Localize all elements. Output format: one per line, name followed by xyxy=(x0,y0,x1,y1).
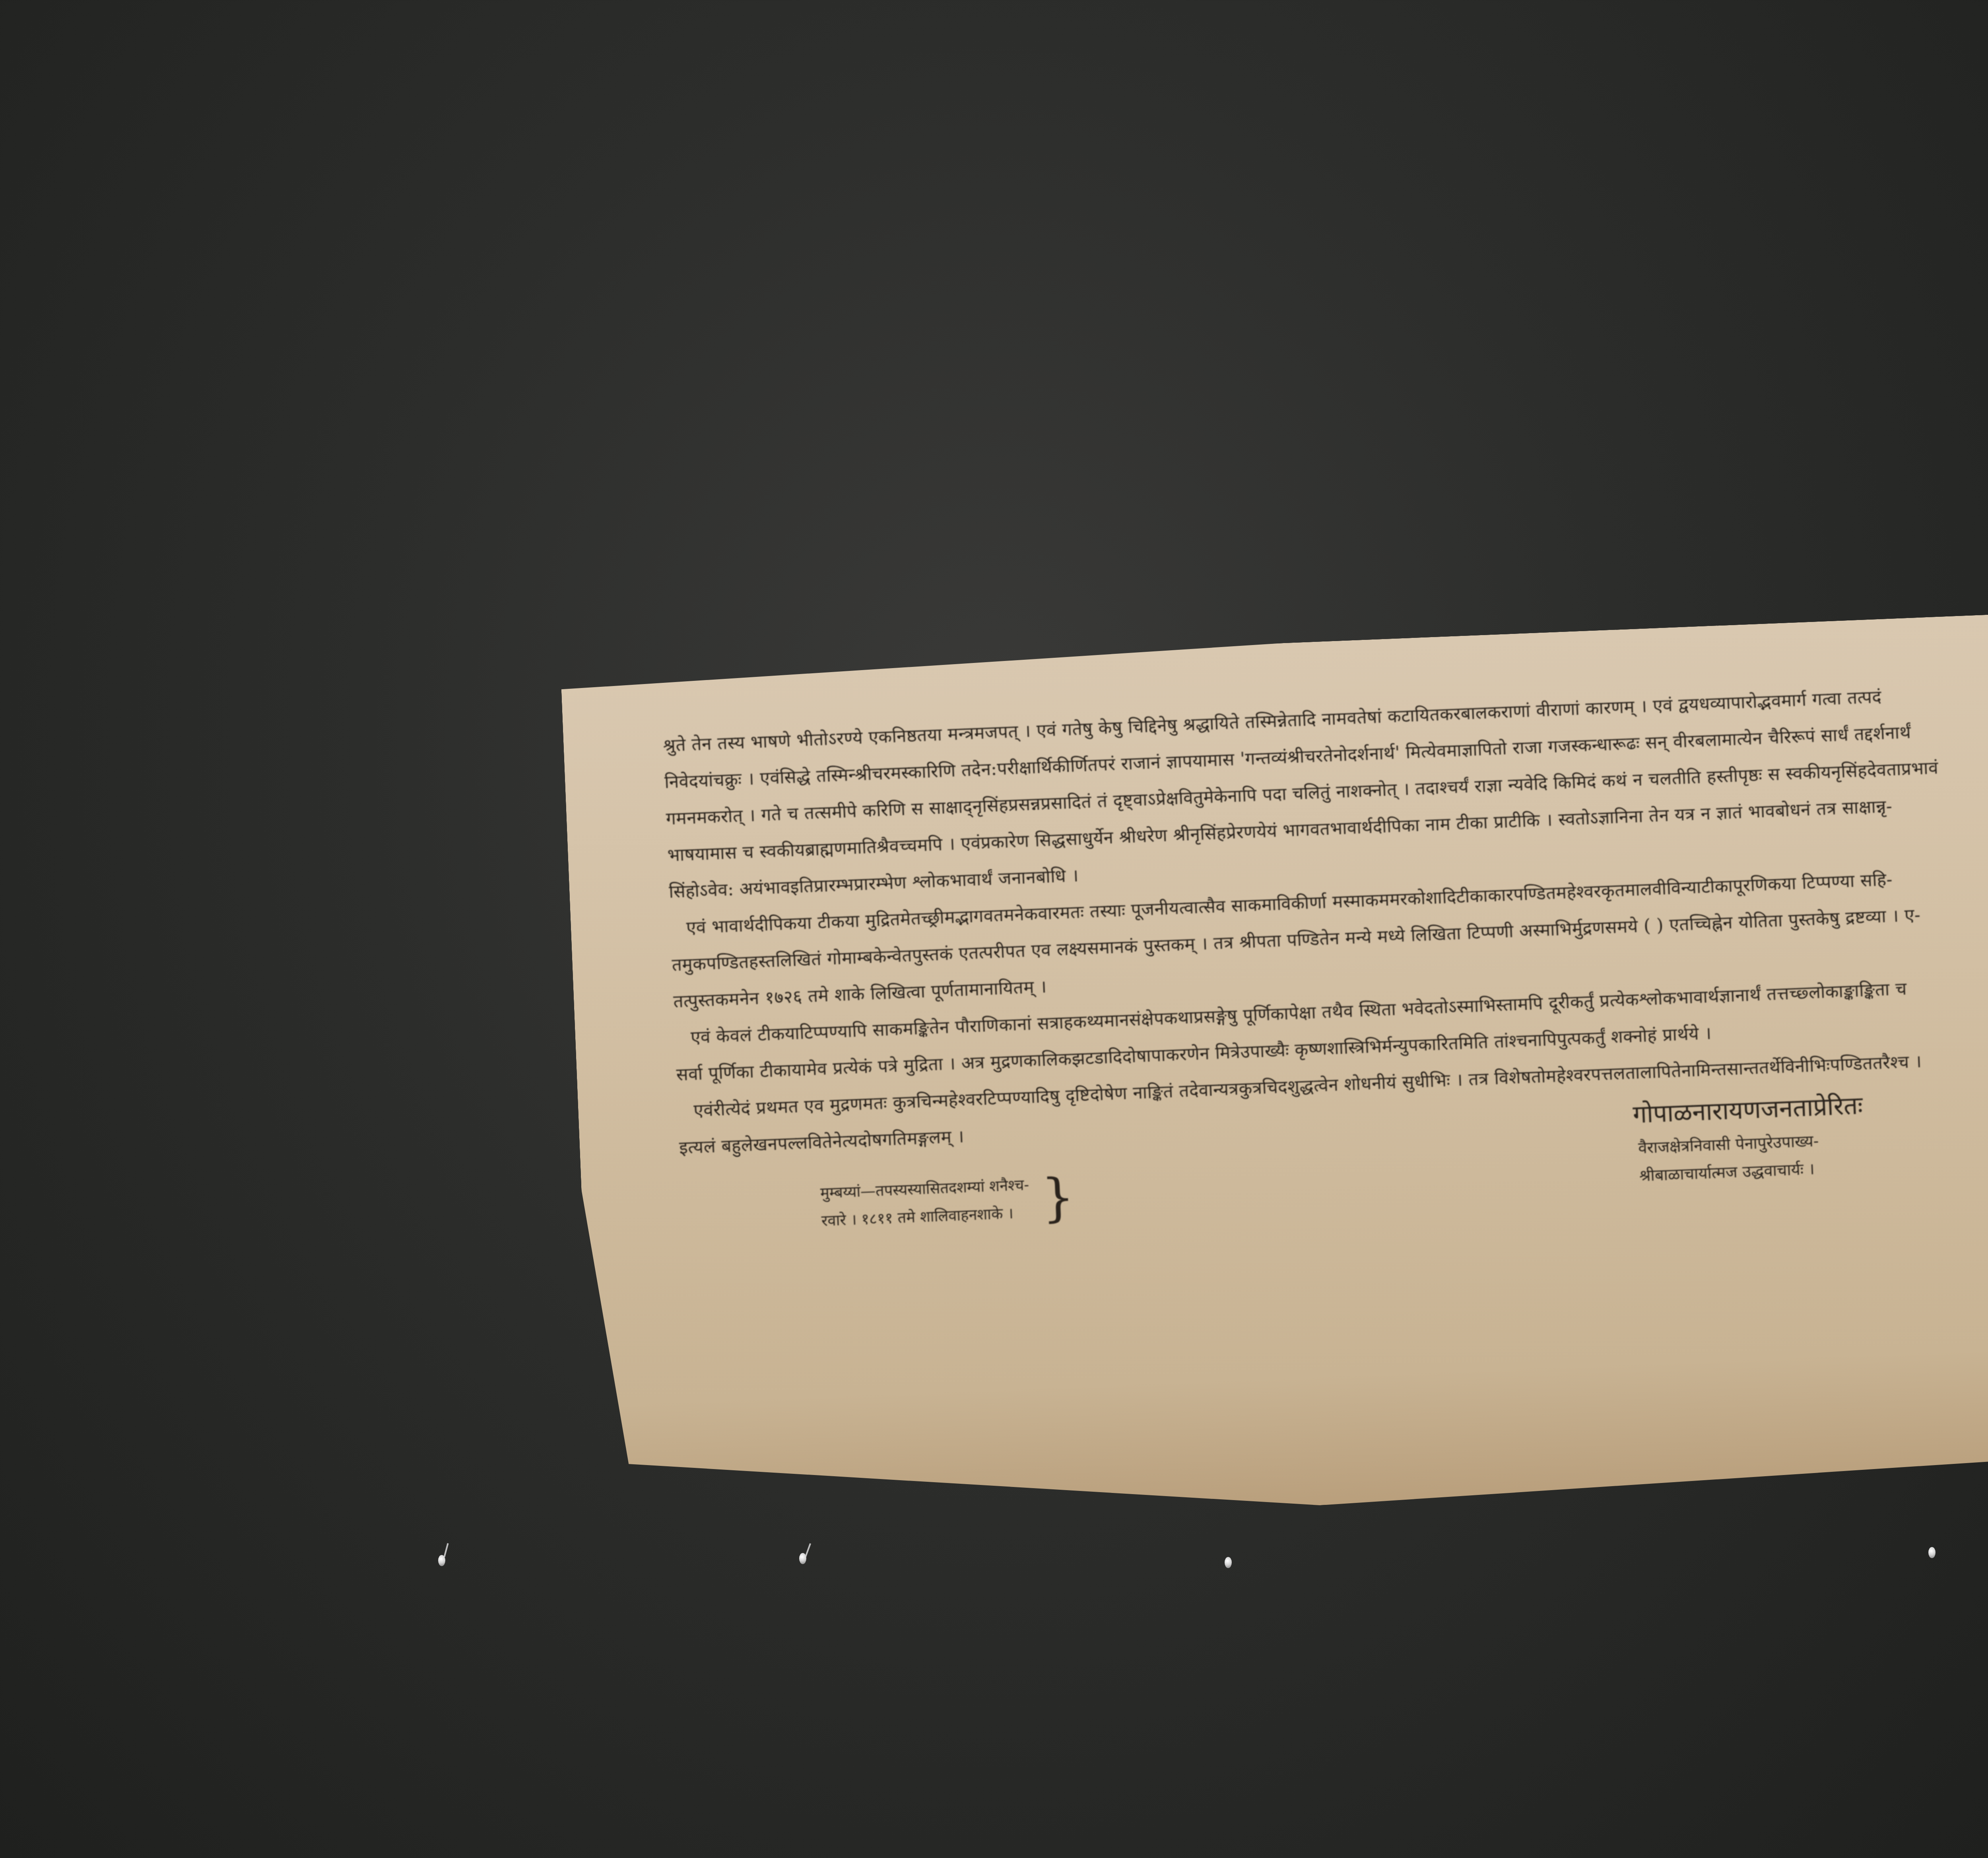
pin-icon xyxy=(1225,1557,1232,1568)
pin-shaft xyxy=(443,1543,448,1557)
brace-glyph: } xyxy=(1041,1171,1076,1224)
colophon: मुम्बय्यां—तपस्यस्यासितदशम्यां शनैश्च- र… xyxy=(820,1169,1076,1234)
pin-icon xyxy=(438,1555,445,1566)
document-page: श्रुते तेन तस्य भाषणे भीतोऽरण्ये एकनिष्ठ… xyxy=(561,599,1988,1534)
pin-icon xyxy=(1928,1547,1936,1558)
pin-icon xyxy=(799,1553,806,1564)
signature-block: गोपाळनारायणजनताप्रेरितः वैराजक्षेत्रनिवा… xyxy=(1632,1085,1866,1190)
